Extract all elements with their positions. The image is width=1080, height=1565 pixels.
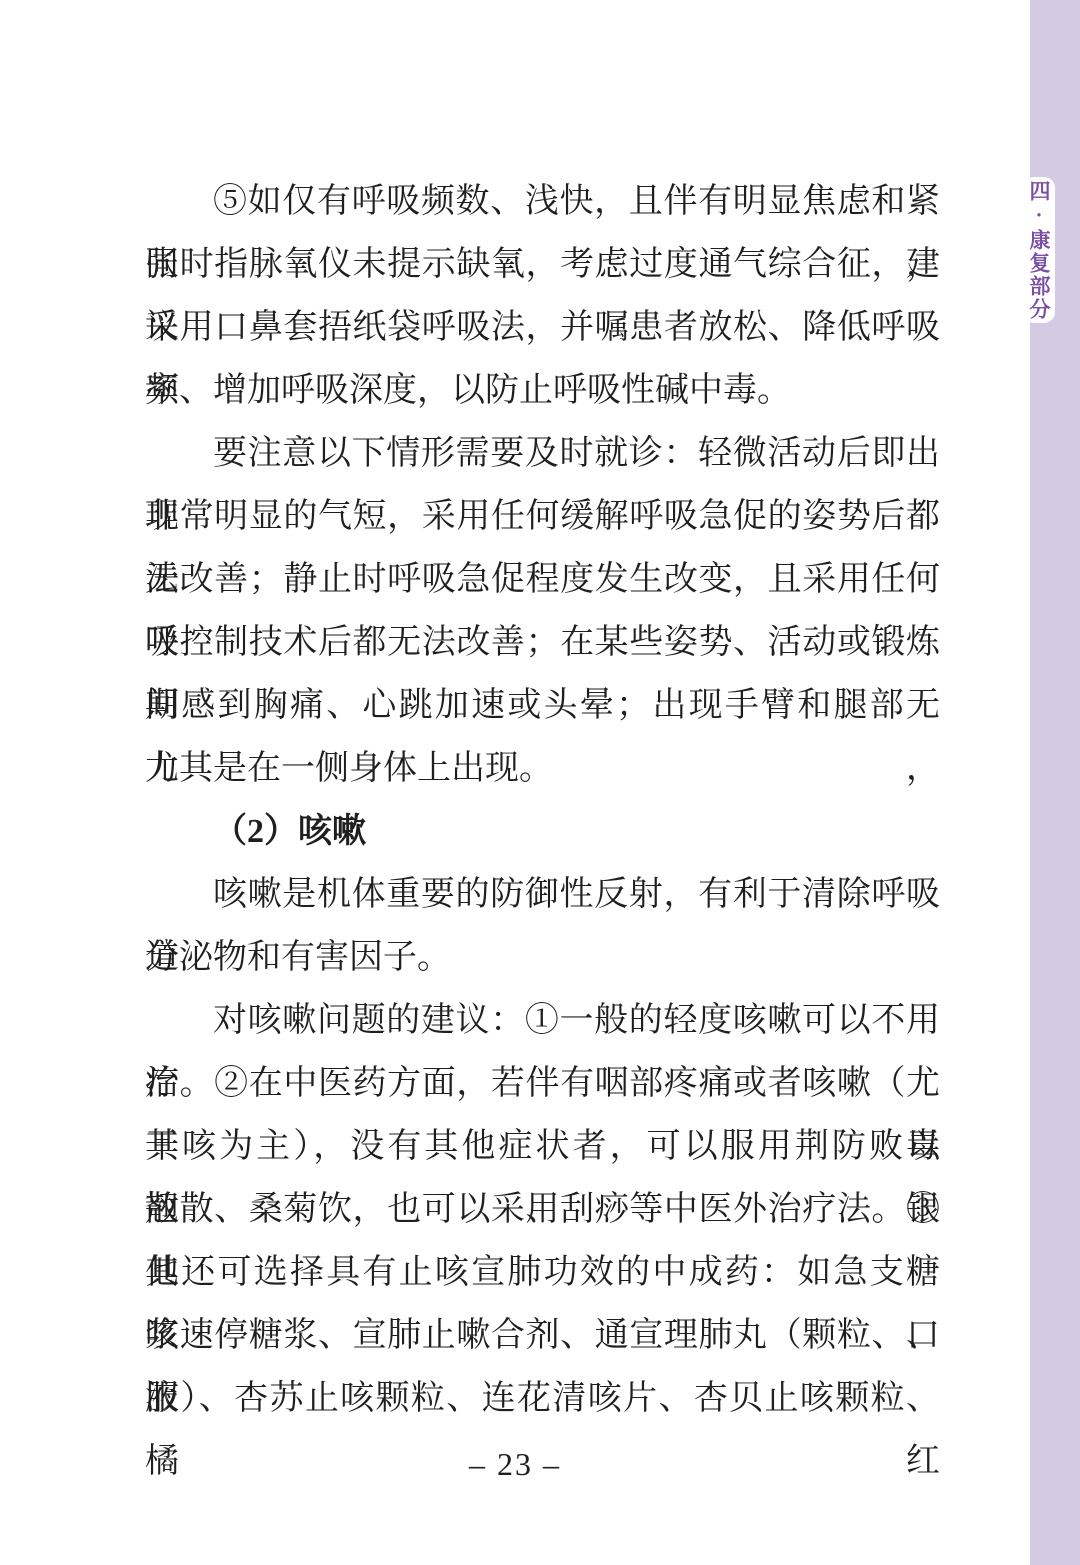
- section-heading-number: （2）: [213, 813, 298, 850]
- text-line: 同时指脉氧仪未提示缺氧，考虑过度通气综合征，建议: [145, 233, 940, 296]
- text-line: 翘散、桑菊饮，也可以采用刮痧等中医外治疗法。③其: [145, 1178, 940, 1241]
- text-line: 咳嗽是机体重要的防御性反射，有利于清除呼吸道: [145, 863, 940, 926]
- text-line: 疗。②在中医药方面，若伴有咽部疼痛或者咳嗽（尤其以: [145, 1052, 940, 1115]
- text-line: 干咳为主），没有其他症状者，可以服用荆防败毒散、银: [145, 1115, 940, 1178]
- text-line: 分泌物和有害因子。: [145, 926, 940, 989]
- text-line: 对咳嗽问题的建议：①一般的轻度咳嗽可以不用治: [145, 989, 940, 1052]
- text-line: ⑤如仅有呼吸频数、浅快，且伴有明显焦虑和紧张，: [145, 170, 940, 233]
- text-line: 吸控制技术后都无法改善；在某些姿势、活动或锻炼期: [145, 611, 940, 674]
- section-heading: （2）咳嗽: [145, 800, 940, 863]
- paragraph: 咳嗽是机体重要的防御性反射，有利于清除呼吸道 分泌物和有害因子。: [145, 863, 940, 989]
- paragraph: ⑤如仅有呼吸频数、浅快，且伴有明显焦虑和紧张， 同时指脉氧仪未提示缺氧，考虑过度…: [145, 170, 940, 422]
- page-number: – 23 –: [0, 1446, 1030, 1483]
- paragraph: 对咳嗽问题的建议：①一般的轻度咳嗽可以不用治 疗。②在中医药方面，若伴有咽部疼痛…: [145, 989, 940, 1430]
- paragraph: 要注意以下情形需要及时就诊：轻微活动后即出现 非常明显的气短，采用任何缓解呼吸急…: [145, 422, 940, 800]
- text-line: 咳速停糖浆、宣肺止嗽合剂、通宣理肺丸（颗粒、口服: [145, 1304, 940, 1367]
- document-page: 四·康复部分 ⑤如仅有呼吸频数、浅快，且伴有明显焦虑和紧张， 同时指脉氧仪未提示…: [0, 0, 1080, 1565]
- section-tab-label: 四·康复部分: [1024, 180, 1054, 321]
- section-heading-title: 咳嗽: [298, 812, 366, 850]
- text-line: 非常明显的气短，采用任何缓解呼吸急促的姿势后都无: [145, 485, 940, 548]
- text-line: 他还可选择具有止咳宣肺功效的中成药：如急支糖浆、: [145, 1241, 940, 1304]
- text-line: 法改善；静止时呼吸急促程度发生改变，且采用任何呼: [145, 548, 940, 611]
- text-line: 要注意以下情形需要及时就诊：轻微活动后即出现: [145, 422, 940, 485]
- text-line: 采用口鼻套捂纸袋呼吸法，并嘱患者放松、降低呼吸频: [145, 296, 940, 359]
- page-content: ⑤如仅有呼吸频数、浅快，且伴有明显焦虑和紧张， 同时指脉氧仪未提示缺氧，考虑过度…: [145, 170, 940, 1430]
- text-line: 率、增加呼吸深度，以防止呼吸性碱中毒。: [145, 359, 940, 422]
- section-tab: 四·康复部分: [1023, 177, 1055, 323]
- text-line: 液）、杏苏止咳颗粒、连花清咳片、杏贝止咳颗粒、橘红: [145, 1367, 940, 1430]
- text-line: 间感到胸痛、心跳加速或头晕；出现手臂和腿部无力，: [145, 674, 940, 737]
